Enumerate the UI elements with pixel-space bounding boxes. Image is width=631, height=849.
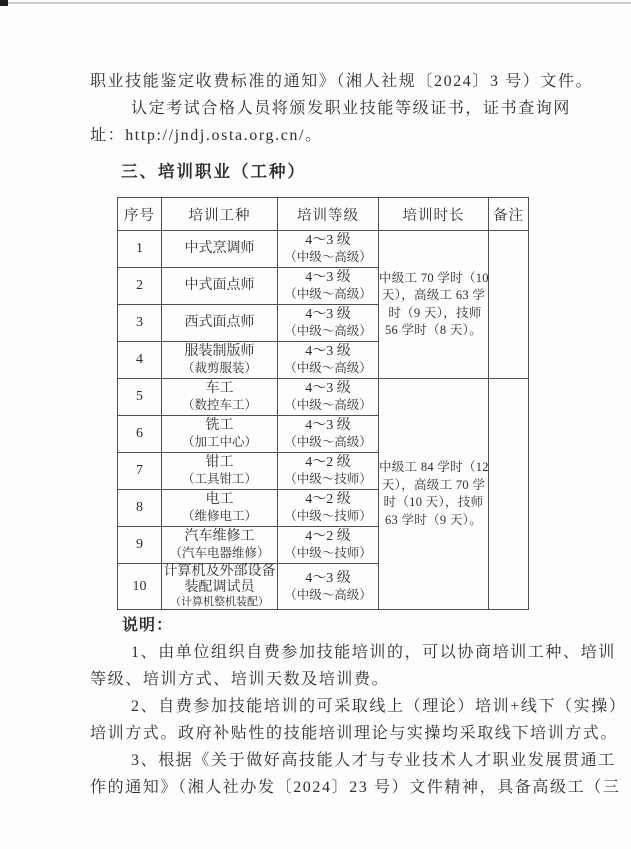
training-table: 序号 培训工种 培训等级 培训时长 备注 1 中式烹调师 4～3 级（中级～高级… bbox=[117, 197, 529, 610]
note-3-line-2: 作的通知》（湘人社办发〔2024〕23 号）文件精神，具备高级工（三 bbox=[90, 774, 626, 801]
cell-trade: 钳工（工具钳工） bbox=[162, 453, 278, 490]
header-level: 培训等级 bbox=[278, 198, 379, 231]
cell-trade: 西式面点师 bbox=[162, 305, 278, 342]
trade-line: 中式烹调师 bbox=[162, 241, 277, 257]
level-line: 4～3 级 bbox=[278, 418, 378, 434]
trade-sub-line: （裁剪服装） bbox=[162, 360, 277, 376]
cell-trade: 中式面点师 bbox=[162, 268, 278, 305]
cell-seq-no: 1 bbox=[118, 231, 162, 268]
cell-trade: 铣工（加工中心） bbox=[162, 416, 278, 453]
level-sub-line: （中级～高级） bbox=[278, 397, 378, 413]
cell-remark-group-2 bbox=[489, 379, 529, 610]
cell-level: 4～3 级（中级～高级） bbox=[278, 342, 379, 379]
trade-line: 铣工 bbox=[162, 418, 277, 434]
level-line: 4～3 级 bbox=[278, 270, 378, 286]
cell-seq-no: 3 bbox=[118, 305, 162, 342]
header-remark: 备注 bbox=[489, 198, 529, 231]
cell-seq-no: 9 bbox=[118, 527, 162, 564]
level-line: 4～2 级 bbox=[278, 492, 378, 508]
intro-line-2: 认定考试合格人员将颁发职业技能等级证书，证书查询网 bbox=[90, 95, 593, 122]
level-sub-line: （中级～高级） bbox=[278, 587, 378, 603]
cell-seq-no: 5 bbox=[118, 379, 162, 416]
trade-line: 西式面点师 bbox=[162, 315, 277, 331]
trade-sub-line: （计算机整机装配） bbox=[162, 596, 277, 609]
trade-line: 钳工 bbox=[162, 455, 277, 471]
level-sub-line: （中级～高级） bbox=[278, 286, 378, 302]
trade-line: 装配调试员 bbox=[162, 580, 277, 596]
cell-duration-group-1: 中级工 70 学时（10 天），高级工 63 学 时（9 天），技师 56 学时… bbox=[379, 231, 489, 379]
notes-section: 说明： 1、由单位组织自费参加技能培训的，可以协商培训工种、培训 等级、培训方式… bbox=[90, 612, 626, 801]
trade-sub-line: （加工中心） bbox=[162, 434, 277, 450]
scan-corner-mark bbox=[0, 0, 8, 6]
trade-line: 电工 bbox=[162, 492, 277, 508]
header-duration: 培训时长 bbox=[379, 198, 489, 231]
note-3-line-1: 3、根据《关于做好高技能人才与专业技术人才职业发展贯通工 bbox=[90, 747, 626, 774]
cell-trade: 中式烹调师 bbox=[162, 231, 278, 268]
header-trade: 培训工种 bbox=[162, 198, 278, 231]
level-line: 4～2 级 bbox=[278, 455, 378, 471]
cell-seq-no: 7 bbox=[118, 453, 162, 490]
level-line: 4～2 级 bbox=[278, 529, 378, 545]
cell-level: 4～2 级（中级～技师） bbox=[278, 453, 379, 490]
level-sub-line: （中级～高级） bbox=[278, 360, 378, 376]
level-line: 4～3 级 bbox=[278, 344, 378, 360]
trade-sub-line: （工具钳工） bbox=[162, 471, 277, 487]
trade-line: 车工 bbox=[162, 381, 277, 397]
duration-line: 56 学时（8 天）。 bbox=[379, 322, 488, 340]
trade-line: 服装制版师 bbox=[162, 344, 277, 360]
level-sub-line: （中级～高级） bbox=[278, 434, 378, 450]
cell-seq-no: 10 bbox=[118, 564, 162, 610]
cell-seq-no: 2 bbox=[118, 268, 162, 305]
table-header-row: 序号 培训工种 培训等级 培训时长 备注 bbox=[118, 198, 529, 231]
level-line: 4～3 级 bbox=[278, 233, 378, 249]
level-line: 4～3 级 bbox=[278, 571, 378, 587]
level-sub-line: （中级～高级） bbox=[278, 323, 378, 339]
cell-seq-no: 4 bbox=[118, 342, 162, 379]
note-1-line-2: 等级、培训方式、培训天数及培训费。 bbox=[90, 666, 626, 693]
duration-line: 63 学时（9 天）。 bbox=[379, 512, 488, 530]
cell-level: 4～2 级（中级～技师） bbox=[278, 490, 379, 527]
trade-line: 汽车维修工 bbox=[162, 529, 277, 545]
scan-top-edge-line bbox=[0, 2, 631, 4]
table-row: 1 中式烹调师 4～3 级（中级～高级） 中级工 70 学时（10 天），高级工… bbox=[118, 231, 529, 268]
cell-trade: 电工（维修电工） bbox=[162, 490, 278, 527]
level-sub-line: （中级～技师） bbox=[278, 545, 378, 561]
cell-level: 4～3 级（中级～高级） bbox=[278, 379, 379, 416]
cell-seq-no: 8 bbox=[118, 490, 162, 527]
trade-line: 计算机及外部设备 bbox=[162, 564, 277, 580]
intro-paragraphs: 职业技能鉴定收费标准的通知》（湘人社规〔2024〕3 号）文件。 认定考试合格人… bbox=[90, 68, 593, 149]
cell-level: 4～3 级（中级～高级） bbox=[278, 268, 379, 305]
trade-sub-line: （数控车工） bbox=[162, 397, 277, 413]
cell-seq-no: 6 bbox=[118, 416, 162, 453]
cell-trade: 车工（数控车工） bbox=[162, 379, 278, 416]
duration-line: 中级工 84 学时（12 bbox=[379, 459, 488, 477]
trade-line: 中式面点师 bbox=[162, 278, 277, 294]
trade-sub-line: （维修电工） bbox=[162, 508, 277, 524]
cell-remark-group-1 bbox=[489, 231, 529, 379]
note-1-line-1: 1、由单位组织自费参加技能培训的，可以协商培训工种、培训 bbox=[90, 639, 626, 666]
level-sub-line: （中级～高级） bbox=[278, 249, 378, 265]
duration-line: 天），高级工 63 学 bbox=[379, 287, 488, 305]
section-heading: 三、培训职业（工种） bbox=[121, 158, 306, 182]
duration-line: 天），高级工 70 学 bbox=[379, 477, 488, 495]
cell-duration-group-2: 中级工 84 学时（12 天），高级工 70 学 时（10 天），技师 63 学… bbox=[379, 379, 489, 610]
intro-line-3: 址：http://jndj.osta.org.cn/。 bbox=[90, 122, 593, 149]
cell-level: 4～2 级（中级～技师） bbox=[278, 527, 379, 564]
cell-level: 4～3 级（中级～高级） bbox=[278, 564, 379, 610]
level-sub-line: （中级～技师） bbox=[278, 508, 378, 524]
cell-trade: 服装制版师（裁剪服装） bbox=[162, 342, 278, 379]
duration-line: 时（10 天），技师 bbox=[379, 494, 488, 512]
level-line: 4～3 级 bbox=[278, 381, 378, 397]
cell-trade: 计算机及外部设备装配调试员（计算机整机装配） bbox=[162, 564, 278, 610]
level-line: 4～3 级 bbox=[278, 307, 378, 323]
intro-line-1: 职业技能鉴定收费标准的通知》（湘人社规〔2024〕3 号）文件。 bbox=[90, 68, 593, 95]
cell-trade: 汽车维修工（汽车电器维修） bbox=[162, 527, 278, 564]
header-seq-no: 序号 bbox=[118, 198, 162, 231]
cell-level: 4～3 级（中级～高级） bbox=[278, 305, 379, 342]
trade-sub-line: （汽车电器维修） bbox=[162, 545, 277, 561]
cell-level: 4～3 级（中级～高级） bbox=[278, 231, 379, 268]
notes-label: 说明： bbox=[90, 612, 626, 639]
duration-line: 中级工 70 学时（10 bbox=[379, 270, 488, 288]
note-2-line-2: 培训方式。政府补贴性的技能培训理论与实操均采取线下培训方式。 bbox=[90, 720, 626, 747]
document-page: 职业技能鉴定收费标准的通知》（湘人社规〔2024〕3 号）文件。 认定考试合格人… bbox=[0, 0, 631, 849]
note-2-line-1: 2、自费参加技能培训的可采取线上（理论）培训+线下（实操） bbox=[90, 693, 626, 720]
table-row: 5 车工（数控车工） 4～3 级（中级～高级） 中级工 84 学时（12 天），… bbox=[118, 379, 529, 416]
level-sub-line: （中级～技师） bbox=[278, 471, 378, 487]
duration-line: 时（9 天），技师 bbox=[379, 305, 488, 323]
cell-level: 4～3 级（中级～高级） bbox=[278, 416, 379, 453]
